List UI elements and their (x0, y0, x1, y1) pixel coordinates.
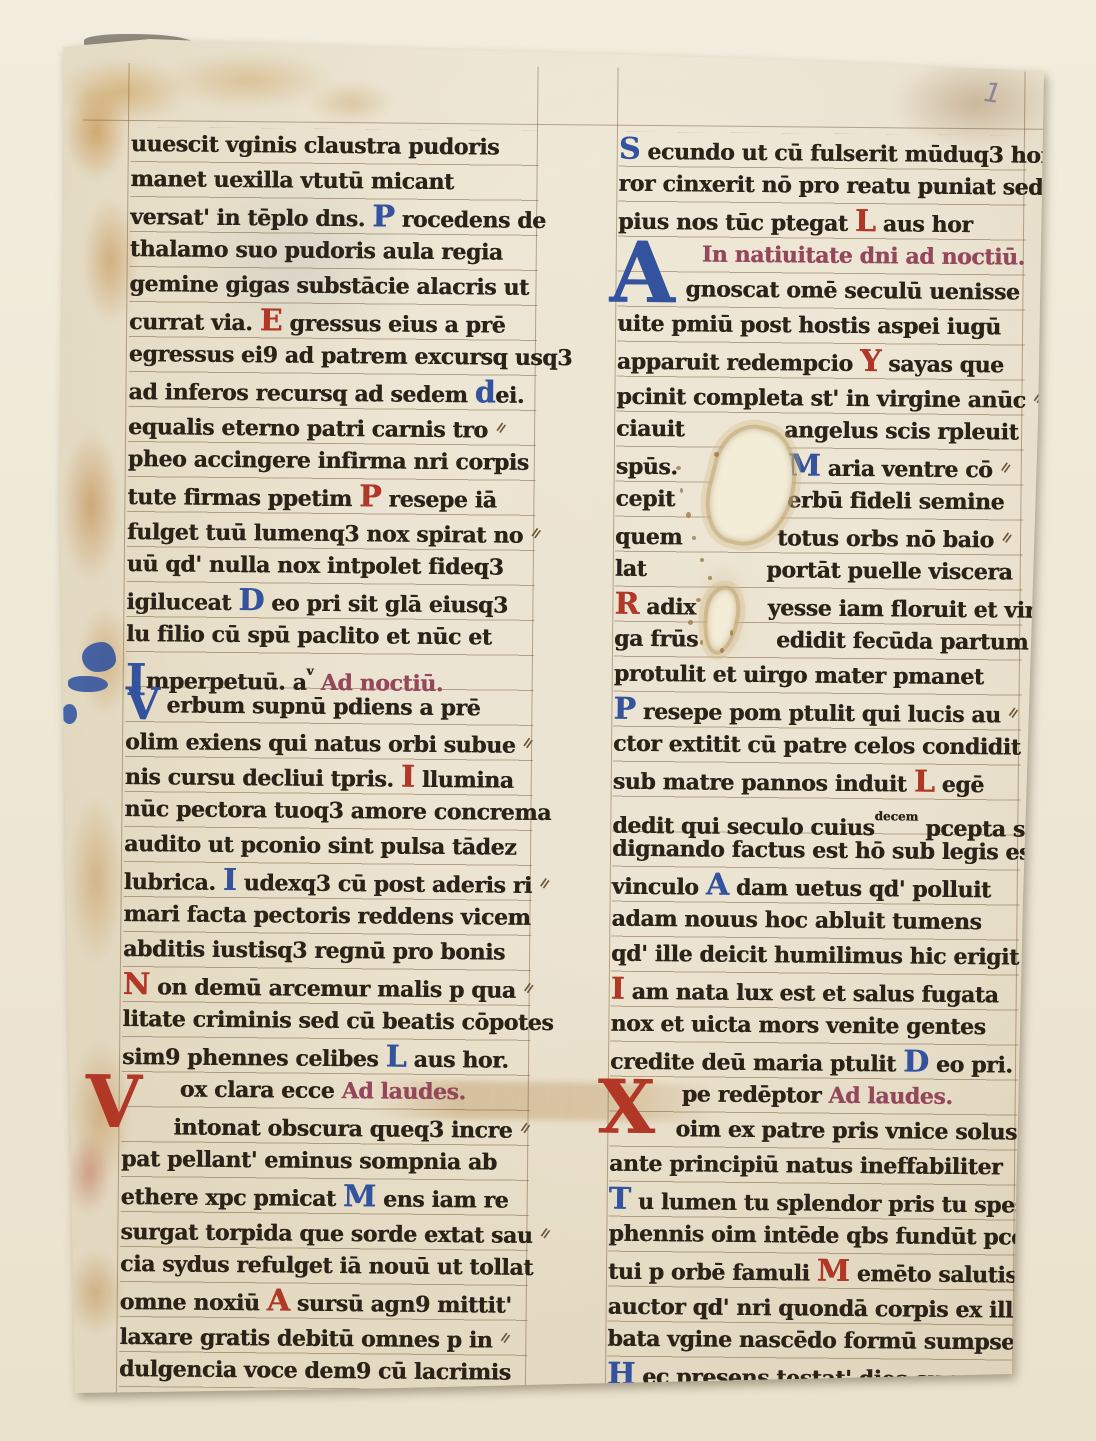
text-line: phennis oim intēde qbs fundūt pces (608, 1217, 1016, 1256)
text-line: dulgencia voce dem9 cū lacrimis (119, 1352, 527, 1391)
red-initial: L (914, 765, 935, 800)
ink-text: uite pmiū post hostis aspei iugū (617, 311, 1001, 341)
text-line: ethere xpc pmicat M ens iam re (121, 1177, 529, 1216)
line-filler-mark: = (996, 698, 1032, 728)
line-filler-mark: = (1047, 138, 1083, 168)
text-line: uū qd' nulla nox intpolet fideq3 (127, 547, 535, 586)
text-line: nox et uicta mors venite gentes (610, 1007, 1018, 1046)
blue-initial: S (619, 132, 641, 167)
blue-initial: P (372, 199, 395, 234)
blue-initial: A (706, 868, 729, 903)
blue-initial: M (343, 1179, 376, 1214)
ink-text: phennis oim intēde qbs fundūt pces (608, 1221, 1037, 1251)
text-line: igiluceat D eo pri sit glā eiusq3 (126, 582, 534, 621)
ink-text: aria ventre cō (820, 456, 992, 484)
stitch-hole-dot (700, 558, 704, 562)
ink-text: adam nouus hoc abluit tumens (611, 906, 981, 936)
ink-text: mari facta pectoris reddens vicem (123, 901, 530, 931)
line-filler-mark: = (488, 1323, 524, 1353)
text-line: equalis eterno patri carnis tro= (128, 407, 536, 446)
ink-text: sim9 phennes celibes (122, 1044, 386, 1073)
text-line: H ec presens testat' dies currens (607, 1357, 1015, 1396)
text-line: omne noxiū A sursū agn9 mittit' (120, 1282, 528, 1321)
ink-text: intonat obscura queq3 incre (173, 1114, 512, 1143)
ink-text: apparuit redempcio (617, 349, 860, 377)
text-line: sub matre pannos induit L egē (613, 762, 1021, 801)
ink-text: pheo accingere infirma nri corpis (128, 446, 529, 476)
text-line: intonat obscura queq3 incre= (121, 1107, 529, 1146)
text-line: lu filio cū spū paclito et nūc et (126, 617, 534, 656)
ink-text: egē (934, 772, 984, 798)
manuscript-leaf-wrap: uuescit vginis claustra pudorismanet uex… (0, 0, 1096, 1441)
text-line: vinculo A dam uetus qd' polluit (612, 867, 1020, 906)
text-line: T u lumen tu splendor pris tu spes (609, 1182, 1017, 1221)
ink-text: lu filio cū spū paclito et nūc et (126, 621, 492, 651)
ink-text: ecundo ut cū fulserit mūduq3 hor (640, 139, 1052, 169)
ink-text: dulgencia voce dem9 cū lacrimis (119, 1356, 511, 1386)
ink-text: uuescit vginis claustra pudoris (131, 131, 500, 161)
ink-text: lat (615, 556, 647, 582)
ink-text: sayas que (881, 351, 1004, 378)
line-filler-mark: = (1016, 1293, 1052, 1323)
text-line: currat via. E gressus eius a prē (129, 302, 537, 341)
stitch-hole-dot (700, 640, 703, 645)
ink-text: bata vgine nascēdo formū sumpseis (607, 1326, 1034, 1356)
stitch-hole-dot (714, 452, 719, 457)
ink-text: ox clara ecce (180, 1077, 342, 1105)
ink-text: aus hor. (406, 1047, 509, 1074)
line-filler-mark: = (528, 1218, 564, 1248)
ink-text: versat' in tēplo dns. (130, 204, 372, 232)
ink-text: ens iam re (376, 1186, 509, 1213)
ink-text: litate criminis sed cū beatis cōpotes (122, 1006, 553, 1036)
blue-initial: I (223, 863, 237, 898)
ink-text: rocedens de (394, 207, 546, 234)
text-line: tute firmas ppetim P resepe iā (127, 477, 535, 516)
ink-text: igiluceat (126, 589, 238, 616)
ink-text: vinculo (612, 874, 706, 901)
red-big-initial: X (597, 1071, 655, 1146)
ink-text: sub matre pannos induit (613, 769, 914, 798)
text-line: pheo accingere infirma nri corpis (128, 442, 536, 481)
rubric-text: Ad laudes. (341, 1078, 465, 1105)
line-filler-mark: = (508, 1113, 544, 1143)
text-line: audito ut pconio sint pulsa tādez (124, 827, 532, 866)
ink-text: pat pellant' eminus sompnia ab (121, 1146, 497, 1176)
ink-text: resepe pom ptulit qui lucis au (635, 699, 1000, 729)
ink-text: dignando factus est hō sub legis esse (612, 836, 1057, 866)
ink-text: audito ut pconio sint pulsa tādez (124, 831, 516, 861)
red-initial: N (123, 967, 150, 1002)
ink-text: ec presens testat' dies currens (635, 1364, 1007, 1394)
blue-pigment-smudge (68, 676, 108, 692)
text-line: versat' in tēplo dns. P rocedens de (130, 197, 538, 236)
ink-text: manet uexilla vtutū micant (130, 166, 453, 195)
text-line: pe redēptor Ad laudes. (610, 1077, 1018, 1116)
ink-text: tute firmas ppetim (127, 484, 359, 512)
text-line: surgat torpida que sorde extat sau= (120, 1212, 528, 1251)
ink-text: gressus eius a prē (282, 310, 505, 338)
ink-text: resepe iā (381, 486, 497, 513)
ink-text: egressus ei9 ad patrem excursq usq3 (129, 341, 573, 371)
text-line: dedit qui seculo cuiusdecem pcepta sunt (612, 797, 1020, 836)
text-line: ante principiū natus ineffabiliter (609, 1147, 1017, 1186)
ink-text: lubrica. (124, 869, 223, 896)
blue-pigment-smudge (82, 642, 116, 672)
text-line: oim ex patre pris vnice solus (609, 1112, 1017, 1151)
ink-text: ror cinxerit nō pro reatu puniat sed (618, 171, 1043, 201)
blue-initial: d (475, 375, 496, 410)
line-filler-mark: = (988, 453, 1024, 483)
red-big-initial: V (85, 1066, 142, 1139)
text-line: adam nouus hoc abluit tumens (611, 902, 1019, 941)
blue-initial: H (607, 1357, 635, 1392)
ink-text: emēto salutis (849, 1261, 1017, 1289)
red-initial: Y (860, 344, 881, 379)
text-line: uite pmiū post hostis aspei iugū (617, 307, 1025, 346)
blue-initial: L (385, 1039, 406, 1074)
line-filler-mark: = (483, 413, 519, 443)
text-line: S ecundo ut cū fulserit mūduq3 hor= (619, 132, 1027, 171)
text-line: dignando factus est hō sub legis esse (612, 832, 1020, 871)
red-initial: I (401, 760, 415, 795)
red-initial: L (855, 204, 876, 239)
ink-text: uū qd' nulla nox intpolet fideq3 (127, 551, 504, 581)
text-line: auctor qd' nri quondā corpis ex illi= (608, 1287, 1016, 1326)
text-line: thalamo suo pudoris aula regia (130, 232, 538, 271)
ink-text: ei. (495, 383, 524, 409)
text-line: qd' ille deicit humilimus hic erigit (611, 937, 1019, 976)
ink-text: llumina (414, 767, 513, 794)
text-line: pat pellant' eminus sompnia ab (121, 1142, 529, 1181)
text-line: fulget tuū lumenq3 nox spirat no= (127, 512, 535, 551)
manuscript-leaf: uuescit vginis claustra pudorismanet uex… (0, 0, 1096, 1441)
text-line: olim exiens qui natus orbi subue= (125, 722, 533, 761)
rubric-text: Ad laudes. (828, 1083, 952, 1110)
line-filler-mark: = (511, 728, 547, 758)
blue-initial: D (238, 583, 264, 618)
ink-text: u lumen tu splendor pris tu spes (631, 1189, 1027, 1219)
ink-text: aus hor (875, 211, 972, 238)
blue-initial: T (609, 1182, 631, 1217)
red-initial: M (817, 1254, 850, 1289)
photo-backdrop: uuescit vginis claustra pudorismanet uex… (0, 0, 1096, 1441)
text-line: credite deū maria ptulit D eo pri. (610, 1042, 1018, 1081)
text-block: uuescit vginis claustra pudorismanet uex… (119, 127, 1026, 1402)
text-line: Imperpetuū. av Ad noctiū. (126, 652, 534, 691)
text-line: ctor extitit cū patre celos condidit (613, 727, 1021, 766)
stitch-hole-dot (720, 648, 724, 653)
text-line: P resepe pom ptulit qui lucis au= (613, 692, 1021, 731)
ink-text: auctor qd' nri quondā corpis ex illi (608, 1294, 1021, 1324)
red-initial: I (611, 972, 625, 1007)
blue-initial: D (903, 1044, 929, 1079)
ink-text: equalis eterno patri carnis tro (128, 414, 488, 443)
blue-initial: P (613, 692, 636, 727)
text-line: N on demū arcemur malis p qua= (123, 967, 531, 1006)
line-filler-mark: = (989, 523, 1025, 553)
ink-text: abditis iustisq3 regnū pro bonis (123, 936, 505, 966)
ink-text: ethere xpc pmicat (121, 1184, 343, 1212)
stitch-hole-dot (708, 576, 712, 580)
stitch-hole-dot (692, 536, 696, 540)
ink-text: edidit fecūda partum (776, 627, 1028, 655)
ink-text: ante principiū natus ineffabiliter (609, 1151, 1002, 1181)
text-line: I am nata lux est et salus fugata (611, 972, 1019, 1011)
text-line: laxare gratis debitū omnes p in= (119, 1317, 527, 1356)
text-line: uuescit vginis claustra pudoris (131, 127, 539, 166)
ink-text: laxare gratis debitū omnes p in (119, 1324, 492, 1354)
red-initial: A (267, 1283, 290, 1318)
text-line: mari facta pectoris reddens vicem (123, 897, 531, 936)
text-line: V erbum supnū pdiens a prē (125, 687, 533, 726)
rubric-text: In natiuitate dni ad noctiū. (702, 241, 1025, 270)
ink-text: sursū agn9 mittit' (289, 1291, 511, 1319)
text-line: pius nos tūc ptegat L aus hor (618, 202, 1026, 241)
text-line: manet uexilla vtutū micant (130, 162, 538, 201)
text-line: gnoscat omē seculū uenisse (617, 272, 1025, 311)
interlinear-gloss: decem (874, 809, 918, 823)
text-line: tui p orbē famuli M emēto salutis (608, 1252, 1016, 1291)
text-line: nis cursu decliui tpris. I llumina (125, 757, 533, 796)
text-column-left: uuescit vginis claustra pudorismanet uex… (119, 127, 539, 1391)
folio-number: 1 (982, 77, 1003, 110)
ink-text: pe redēptor (682, 1081, 829, 1108)
ink-text: qd' ille deicit humilimus hic erigit (611, 941, 1019, 971)
ink-text: nox et uicta mors venite gentes (610, 1011, 985, 1041)
stitch-hole-dot (696, 598, 701, 602)
text-line: abditis iustisq3 regnū pro bonis (123, 932, 531, 971)
ink-text: thalamo suo pudoris aula regia (130, 236, 503, 266)
ink-text: currat via. (129, 309, 260, 336)
ink-text: omne noxiū (120, 1289, 267, 1316)
line-filler-mark: = (1031, 593, 1067, 623)
line-filler-mark: = (518, 518, 554, 548)
text-line: ror cinxerit nō pro reatu puniat sed (618, 167, 1026, 206)
text-line: nūc pectora tuoq3 amore concrema (124, 792, 532, 831)
ink-text: udexq3 cū post aderis ri (236, 870, 532, 899)
text-line: egressus ei9 ad patrem excursq usq3 (129, 337, 537, 376)
line-filler-mark: = (1021, 383, 1057, 413)
ink-text: nis cursu decliui tpris. (125, 764, 401, 793)
stitch-hole-dot (680, 488, 683, 493)
ink-text: on demū arcemur malis p qua (150, 974, 516, 1004)
ink-text: nūc pectora tuoq3 amore concrema (124, 796, 551, 826)
stitch-hole-dot (686, 512, 691, 518)
ink-text: angelus scis rpleuit (784, 417, 1018, 445)
text-line: cia sydus refulget iā nouū ut tollat (120, 1247, 528, 1286)
ink-text: ad inferos recursq ad sedem (128, 379, 474, 408)
text-line: ox clara ecce Ad laudes. (122, 1072, 530, 1111)
text-line: litate criminis sed cū beatis cōpotes (122, 1002, 530, 1041)
text-line: ad inferos recursq ad sedem dei. (128, 372, 536, 411)
ink-text: dam uetus qd' polluit (729, 875, 991, 904)
ink-text: eo pri sit glā eiusq3 (264, 590, 508, 618)
ink-text: erbum supnū pdiens a prē (159, 692, 480, 721)
ink-text: ctor extitit cū patre celos condidit (613, 731, 1021, 761)
text-line: In natiuitate dni ad noctiū. (618, 237, 1026, 276)
ink-text: gemine gigas substācie alacris ut (129, 271, 529, 301)
ink-text: surgat torpida que sorde extat sau (120, 1219, 532, 1249)
text-line: sim9 phennes celibes L aus hor. (122, 1037, 530, 1076)
ink-text: am nata lux est et salus fugata (624, 979, 998, 1009)
ink-text: fulget tuū lumenq3 nox spirat no (127, 519, 523, 549)
ink-text: olim exiens qui natus orbi subue (125, 729, 516, 759)
red-initial: E (260, 303, 283, 338)
red-initial: R (614, 587, 639, 622)
text-line: gemine gigas substācie alacris ut (129, 267, 537, 306)
stitch-hole-dot (688, 620, 693, 625)
red-initial: P (359, 479, 382, 514)
stitch-hole-dot (730, 630, 733, 636)
interlinear-gloss: v (306, 664, 313, 678)
text-line: apparuit redempcio Y sayas que (617, 342, 1025, 381)
ink-text: oim ex patre pris vnice solus (675, 1116, 1017, 1145)
text-line: lubrica. I udexq3 cū post aderis ri= (124, 862, 532, 901)
line-filler-mark: = (527, 868, 563, 898)
blue-pigment-smudge (62, 704, 77, 724)
text-line: bata vgine nascēdo formū sumpseis (607, 1322, 1015, 1361)
line-filler-mark: = (511, 973, 547, 1003)
ink-text: gnoscat omē seculū uenisse (685, 276, 1019, 305)
blue-big-initial: A (609, 231, 675, 316)
ink-text: cia sydus refulget iā nouū ut tollat (120, 1251, 533, 1281)
ink-text: tui p orbē famuli (608, 1259, 817, 1287)
ink-text: eo pri. (929, 1052, 1013, 1079)
stitch-hole-dot (676, 466, 681, 470)
